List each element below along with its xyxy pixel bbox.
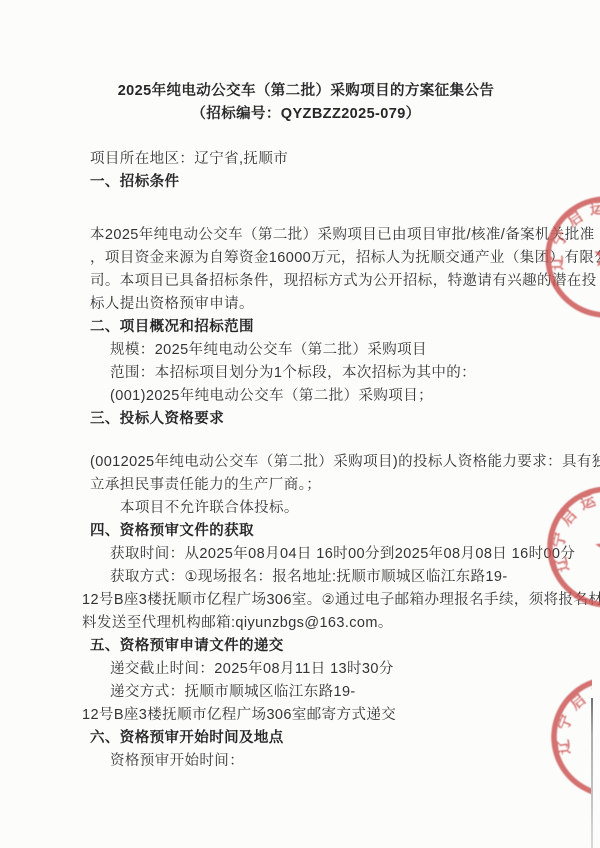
section-4-line: 12号B座3楼抚顺市亿程广场306室。②通过电子邮箱办理报名手续，须将报名材 [82,589,522,612]
section-4-line: 料发送至代理机构邮箱:qiyunzbgs@163.com。 [82,612,522,635]
section-6-line: 资格预审开始时间： [110,750,522,773]
document-body: 2025年纯电动公交车（第二批）采购项目的方案征集公告 （招标编号：QYZBZZ… [0,0,600,773]
section-5-line: 递交方式：抚顺市顺城区临江东路19- [110,681,522,704]
section-1-line: 标人提出资格预审申请。 [90,293,522,316]
section-3-line: 立承担民事责任能力的生产厂商。； [90,474,522,497]
document-title: 2025年纯电动公交车（第二批）采购项目的方案征集公告 [90,80,522,103]
project-location-line: 项目所在地区：辽宁省,抚顺市 [90,148,522,171]
section-2-line: (001)2025年纯电动公交车（第二批）采购项目； [110,385,522,408]
section-3-line: (0012025年纯电动公交车（第二批）采购项目)的投标人资格能力要求：具有独 [90,451,522,474]
section-2-line: 规模：2025年纯电动公交车（第二批）采购项目 [110,339,522,362]
section-heading-3: 三、投标人资格要求 [90,408,522,431]
paper-edge-line [591,698,593,848]
section-heading-1: 一、招标条件 [90,171,522,194]
section-heading-2: 二、项目概况和招标范围 [90,316,522,339]
section-1-line: 本2025年纯电动公交车（第二批）采购项目已由项目审批/核准/备案机关批准 [90,224,522,247]
scanned-document-page: 2025年纯电动公交车（第二批）采购项目的方案征集公告 （招标编号：QYZBZZ… [0,0,600,848]
section-5-line: 递交截止时间：2025年08月11日 13时30分 [110,658,522,681]
section-heading-6: 六、资格预审开始时间及地点 [90,727,522,750]
section-5-line: 12号B座3楼抚顺市亿程广场306室邮寄方式递交 [82,704,522,727]
section-3-line: 本项目不允许联合体投标。 [120,497,522,520]
section-heading-5: 五、资格预审申请文件的递交 [90,635,522,658]
section-heading-4: 四、资格预审文件的获取 [90,520,522,543]
section-1-line: 司。本项目已具备招标条件，现招标方式为公开招标，特邀请有兴趣的潜在投 [90,270,522,293]
section-1-line: ，项目资金来源为自筹资金16000万元，招标人为抚顺交通产业（集团）有限公 [90,247,522,270]
bid-number-line: （招标编号：QYZBZZ2025-079） [90,103,522,126]
section-2-line: 范围：本招标项目划分为1个标段，本次招标为其中的： [110,362,522,385]
section-4-line: 获取方式：①现场报名：报名地址:抚顺市顺城区临江东路19- [110,566,522,589]
section-4-line: 获取时间：从2025年08月04日 16时00分到2025年08月08日 16时… [110,543,522,566]
